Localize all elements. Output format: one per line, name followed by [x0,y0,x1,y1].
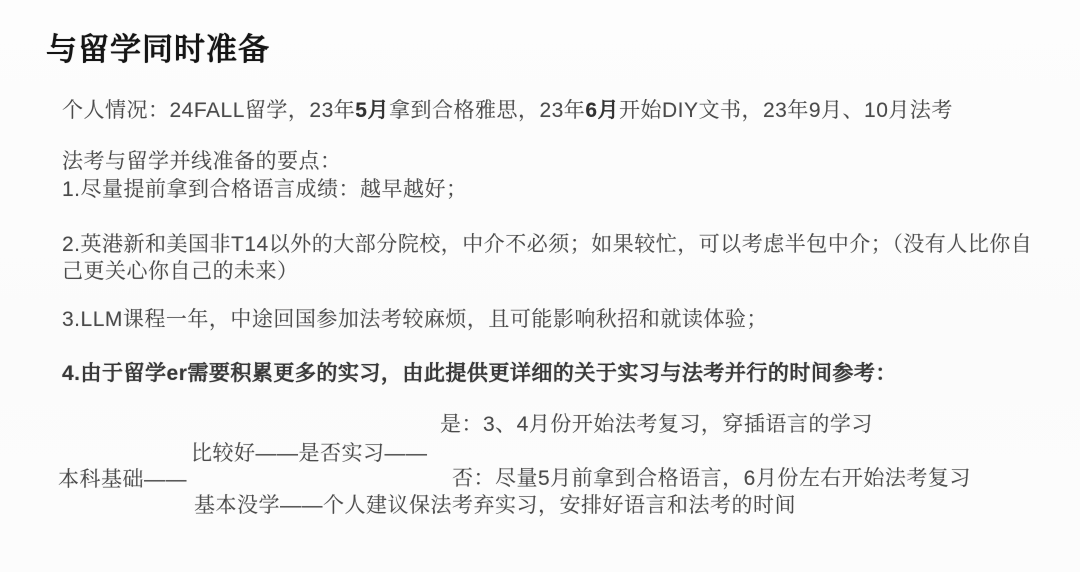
flow-root-node: 本科基础—— [58,466,187,493]
flow-yes-outcome: 是：3、4月份开始法考复习，穿插语言的学习 [440,411,873,438]
point-item-4: 4.由于留学er需要积累更多的实习，由此提供更详细的关于实习与法考并行的时间参考… [62,360,897,387]
point-item-1: 1.尽量提前拿到合格语言成绩：越早越好； [62,176,468,203]
point-item-3: 3.LLM课程一年，中途回国参加法考较麻烦，且可能影响秋招和就读体验； [62,306,768,333]
profile-bold-may: 5月 [355,99,389,122]
profile-part2: 拿到合格雅思，23年 [389,99,585,122]
page-title: 与留学同时准备 [46,24,270,69]
point-item-2: 2.英港新和美国非T14以外的大部分院校，中介不必须；如果较忙，可以考虑半包中介… [62,231,1052,285]
profile-bold-june: 6月 [585,99,619,122]
profile-line: 个人情况：24FALL留学，23年5月拿到合格雅思，23年6月开始DIY文书，2… [62,97,953,124]
points-heading: 法考与留学并线准备的要点： [62,148,342,175]
document-page: 与留学同时准备 个人情况：24FALL留学，23年5月拿到合格雅思，23年6月开… [0,0,1080,572]
flow-branch-good: 比较好——是否实习—— [191,440,428,467]
profile-part1: 个人情况：24FALL留学，23年 [62,99,355,122]
flow-no-outcome: 否：尽量5月前拿到合格语言，6月份左右开始法考复习 [452,465,971,492]
flow-branch-none: 基本没学——个人建议保法考弃实习，安排好语言和法考的时间 [194,492,796,519]
profile-part3: 开始DIY文书，23年9月、10月法考 [619,99,953,122]
